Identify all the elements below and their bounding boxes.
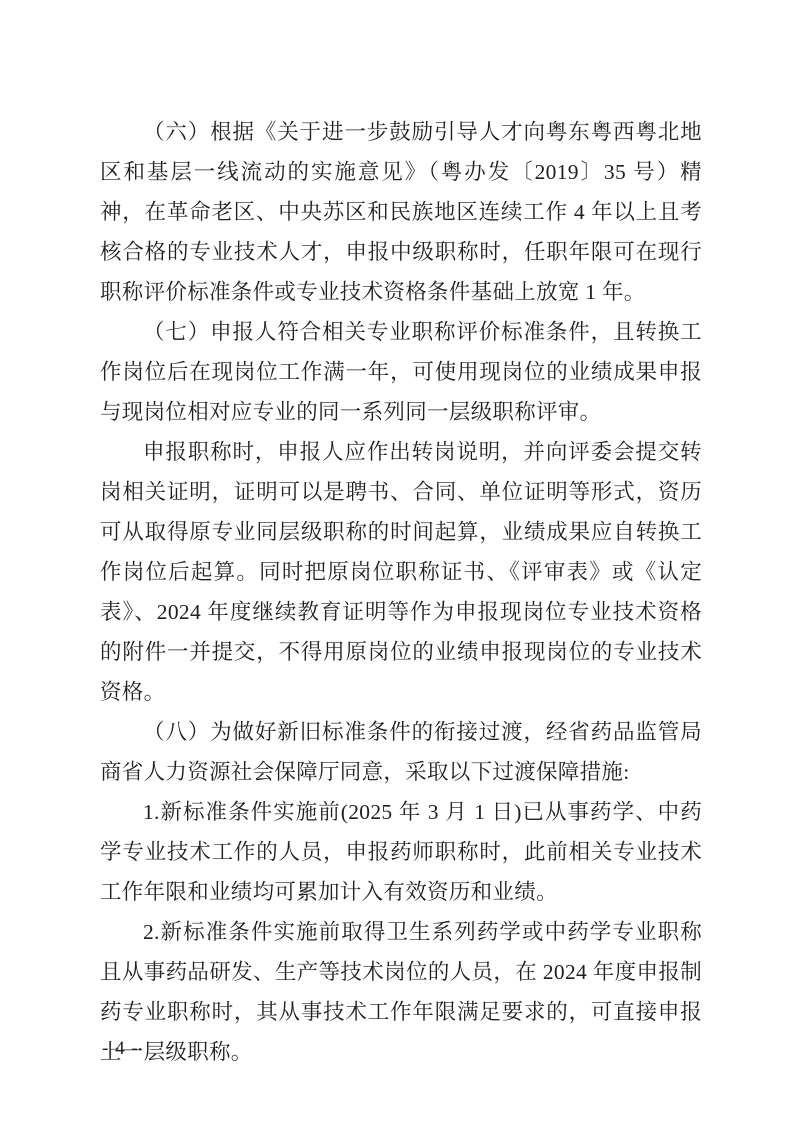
paragraph-clause-8: （八）为做好新旧标准条件的衔接过渡，经省药品监管局商省人力资源社会保障厅同意，采… — [100, 712, 702, 792]
document-page: （六）根据《关于进一步鼓励引导人才向粤东粤西粤北地区和基层一线流动的实施意见》（… — [0, 0, 793, 1122]
paragraph-clause-7: （七）申报人符合相关专业职称评价标准条件，且转换工作岗位后在现岗位工作满一年，可… — [100, 312, 702, 432]
page-number: - 4 - — [102, 1038, 139, 1060]
paragraph-transfer-detail: 申报职称时，申报人应作出转岗说明，并向评委会提交转岗相关证明，证明可以是聘书、合… — [100, 432, 702, 712]
paragraph-clause-6: （六）根据《关于进一步鼓励引导人才向粤东粤西粤北地区和基层一线流动的实施意见》（… — [100, 112, 702, 312]
paragraph-transition-measure-2: 2.新标准条件实施前取得卫生系列药学或中药学专业职称且从事药品研发、生产等技术岗… — [100, 912, 702, 1072]
paragraph-transition-measure-1: 1.新标准条件实施前(2025 年 3 月 1 日)已从事药学、中药学专业技术工… — [100, 792, 702, 912]
document-body: （六）根据《关于进一步鼓励引导人才向粤东粤西粤北地区和基层一线流动的实施意见》（… — [100, 112, 702, 1072]
